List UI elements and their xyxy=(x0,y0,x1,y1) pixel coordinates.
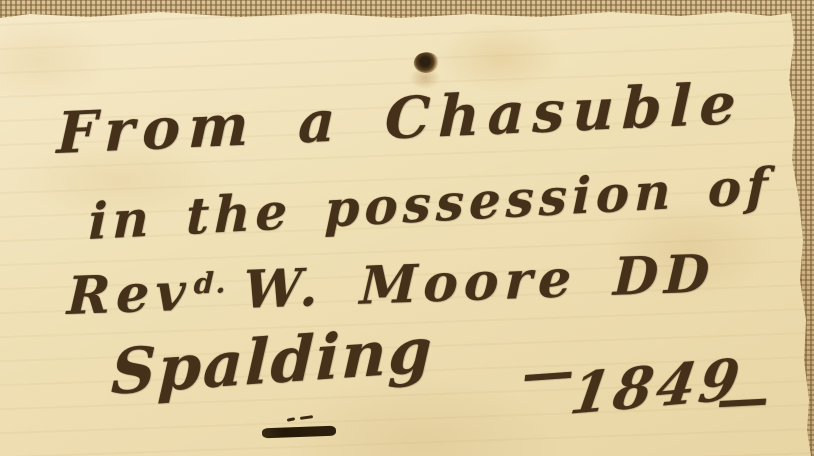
underline-tick-2 xyxy=(300,415,313,420)
underline-tick-1 xyxy=(287,417,295,422)
dash-before-year: — xyxy=(520,341,576,405)
ink-blot xyxy=(412,49,441,75)
handwritten-line-3: Revd.W. Moore DD xyxy=(66,243,716,327)
handwritten-place-name: Spalding xyxy=(110,313,435,409)
handwritten-line-2: in the possession of xyxy=(88,156,773,251)
handwritten-line-1: From a Chasuble xyxy=(56,70,745,167)
paper-label: From a Chasuble in the possession of Rev… xyxy=(0,0,814,456)
scanned-note: From a Chasuble in the possession of Rev… xyxy=(0,0,814,456)
name-and-degree: W. Moore DD xyxy=(242,243,716,321)
rev-superscript: d. xyxy=(193,266,228,301)
dash-after-year: — xyxy=(715,367,770,431)
underline-flourish xyxy=(262,426,336,439)
rev-abbreviation: Rev xyxy=(66,262,193,327)
